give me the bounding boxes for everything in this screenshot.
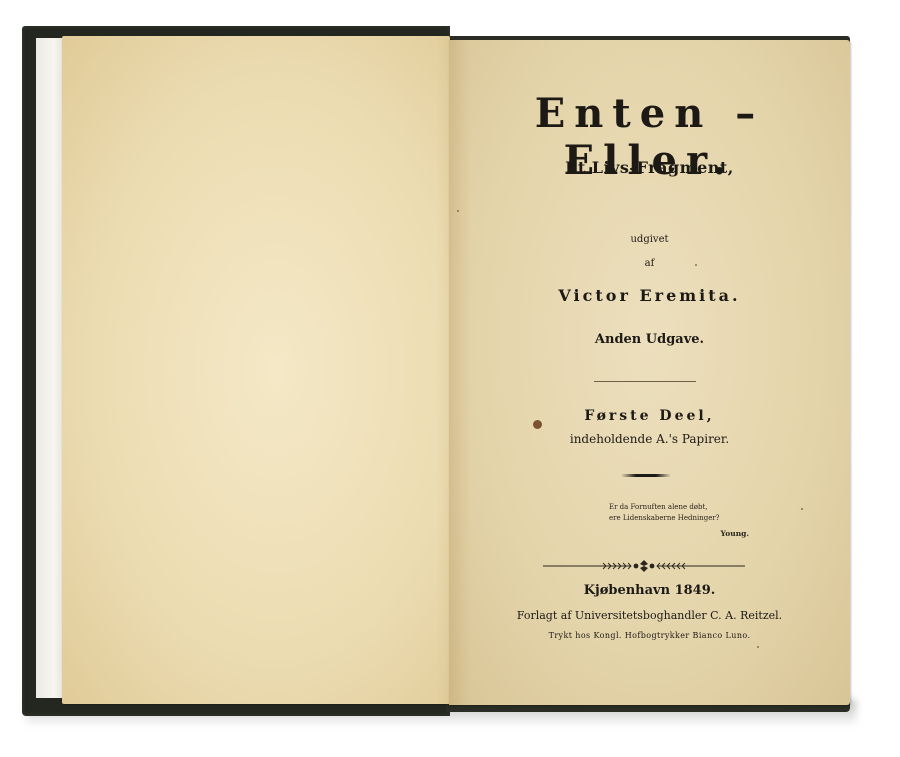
foxing-speck xyxy=(695,264,697,266)
epigraph-line: ere Lidenskaberne Hedninger? xyxy=(609,514,719,522)
ornament-divider-icon xyxy=(543,559,745,573)
place-and-year: Kjøbenhavn 1849. xyxy=(449,583,850,598)
by-label: af xyxy=(449,258,850,269)
foxing-speck xyxy=(801,508,803,510)
tapered-rule xyxy=(621,474,671,477)
publisher-line: Forlagt af Universitetsboghandler C. A. … xyxy=(449,609,850,622)
epigraph: Er da Fornuften alene døbt, ere Lidenska… xyxy=(609,502,749,539)
book-subtitle: Et Livs-Fragment, xyxy=(449,158,850,177)
foxing-speck xyxy=(457,210,459,212)
edition-label: Anden Udgave. xyxy=(449,332,850,347)
part-title: Første Deel, xyxy=(449,408,850,424)
left-blank-page xyxy=(62,36,450,704)
author-name: Victor Eremita. xyxy=(449,286,850,305)
title-page: Enten – Eller. Et Livs-Fragment, udgivet… xyxy=(449,40,850,705)
printer-line: Trykt hos Kongl. Hofbogtrykker Bianco Lu… xyxy=(449,631,850,640)
published-by-label: udgivet xyxy=(449,234,850,245)
foxing-speck xyxy=(757,646,759,648)
foxing-stain xyxy=(533,420,542,429)
divider-rule xyxy=(594,381,696,382)
epigraph-attribution: Young. xyxy=(609,528,749,539)
part-contents: indeholdende A.'s Papirer. xyxy=(449,432,850,446)
epigraph-line: Er da Fornuften alene døbt, xyxy=(609,503,708,511)
